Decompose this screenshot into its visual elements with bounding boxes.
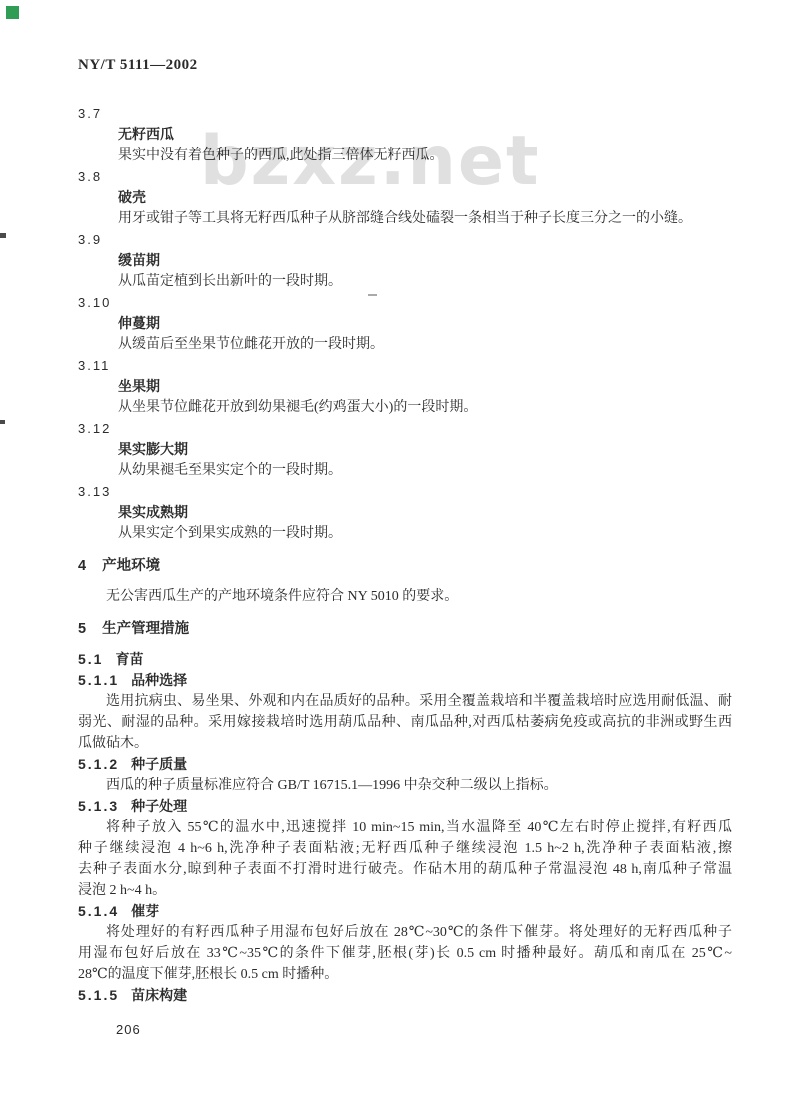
term-definition: 从坐果节位雌花开放到幼果褪毛(约鸡蛋大小)的一段时期。 [78, 397, 732, 418]
paragraph-line: 将处理好的有籽西瓜种子用湿布包好后放在 28℃~30℃的条件下催芽。将处理好的无… [78, 922, 732, 943]
heading-number: 5.1.3 [78, 798, 119, 814]
subsection-heading: 5.1育苗 [78, 649, 732, 670]
term-title: 果实成熟期 [78, 502, 732, 523]
heading-title: 产地环境 [102, 558, 160, 574]
page-number: 206 [116, 1022, 141, 1037]
document-body: 3.7无籽西瓜果实中没有着色种子的西瓜,此处指三倍体无籽西瓜。3.8破壳用牙或钳… [78, 103, 732, 1006]
paragraph: 将种子放入 55℃的温水中,迅速搅拌 10 min~15 min,当水温降至 4… [78, 817, 732, 901]
heading-title: 生产管理措施 [102, 621, 189, 637]
term-title: 果实膨大期 [78, 439, 732, 460]
heading-number: 5 [78, 621, 88, 637]
subsection-heading: 5.1.2种子质量 [78, 754, 732, 775]
heading-title: 种子质量 [131, 756, 187, 772]
clause-number: 3.11 [78, 355, 732, 376]
term-title: 无籽西瓜 [78, 124, 732, 145]
heading-title: 苗床构建 [131, 987, 187, 1003]
paragraph: 无公害西瓜生产的产地环境条件应符合 NY 5010 的要求。 [78, 586, 732, 607]
section-heading: 4产地环境 [78, 556, 732, 577]
term-definition: 从缓苗后至坐果节位雌花开放的一段时期。 [78, 334, 732, 355]
heading-number: 5.1.2 [78, 756, 119, 772]
paragraph-line: 用湿布包好后放在 33℃~35℃的条件下催芽,胚根(芽)长 0.5 cm 时播种… [78, 943, 732, 964]
heading-number: 5.1.1 [78, 672, 119, 688]
scan-artifact [0, 233, 6, 238]
clause-number: 3.7 [78, 103, 732, 124]
term-definition: 从幼果褪毛至果实定个的一段时期。 [78, 460, 732, 481]
paragraph-line: 去种子表面水分,晾到种子表面不打滑时进行破壳。作砧木用的葫瓜种子常温浸泡 48 … [78, 859, 732, 880]
subsection-heading: 5.1.1品种选择 [78, 670, 732, 691]
clause-number: 3.13 [78, 481, 732, 502]
term-title: 伸蔓期 [78, 313, 732, 334]
subsection-heading: 5.1.4催芽 [78, 901, 732, 922]
subsection-heading: 5.1.3种子处理 [78, 796, 732, 817]
paragraph-line: 选用抗病虫、易坐果、外观和内在品质好的品种。采用全覆盖栽培和半覆盖栽培时应选用耐… [78, 691, 732, 712]
term-definition: 从瓜苗定植到长出新叶的一段时期。 [78, 271, 732, 292]
heading-title: 品种选择 [131, 672, 187, 688]
paragraph-line: 西瓜的种子质量标准应符合 GB/T 16715.1—1996 中杂交种二级以上指… [78, 775, 732, 796]
paragraph-line: 瓜做砧木。 [78, 733, 732, 754]
subsection-heading: 5.1.5苗床构建 [78, 985, 732, 1006]
heading-number: 4 [78, 558, 88, 574]
term-definition: 用牙或钳子等工具将无籽西瓜种子从脐部缝合线处磕裂一条相当于种子长度三分之一的小缝… [78, 208, 732, 229]
clause-number: 3.10 [78, 292, 732, 313]
paragraph-line: 将种子放入 55℃的温水中,迅速搅拌 10 min~15 min,当水温降至 4… [78, 817, 732, 838]
term-definition: 果实中没有着色种子的西瓜,此处指三倍体无籽西瓜。 [78, 145, 732, 166]
paragraph: 将处理好的有籽西瓜种子用湿布包好后放在 28℃~30℃的条件下催芽。将处理好的无… [78, 922, 732, 985]
standard-number: NY/T 5111—2002 [78, 57, 732, 73]
clause-number: 3.8 [78, 166, 732, 187]
paragraph: 西瓜的种子质量标准应符合 GB/T 16715.1—1996 中杂交种二级以上指… [78, 775, 732, 796]
term-title: 坐果期 [78, 376, 732, 397]
heading-number: 5.1 [78, 651, 103, 667]
heading-title: 种子处理 [131, 798, 187, 814]
clause-number: 3.9 [78, 229, 732, 250]
corner-mark [6, 6, 19, 19]
term-title: 破壳 [78, 187, 732, 208]
paragraph: 选用抗病虫、易坐果、外观和内在品质好的品种。采用全覆盖栽培和半覆盖栽培时应选用耐… [78, 691, 732, 754]
heading-number: 5.1.5 [78, 987, 119, 1003]
document-content: NY/T 5111—2002 3.7无籽西瓜果实中没有着色种子的西瓜,此处指三倍… [78, 57, 732, 1006]
paragraph-line: 28℃的温度下催芽,胚根长 0.5 cm 时播种。 [78, 964, 732, 985]
page: bzxz.net NY/T 5111—2002 3.7无籽西瓜果实中没有着色种子… [0, 0, 800, 1110]
clause-number: 3.12 [78, 418, 732, 439]
paragraph-line: 种子继续浸泡 4 h~6 h,洗净种子表面粘液;无籽西瓜种子继续浸泡 1.5 h… [78, 838, 732, 859]
section-heading: 5生产管理措施 [78, 619, 732, 640]
scan-artifact [0, 420, 5, 424]
term-title: 缓苗期 [78, 250, 732, 271]
term-definition: 从果实定个到果实成熟的一段时期。 [78, 523, 732, 544]
heading-number: 5.1.4 [78, 903, 119, 919]
paragraph-line: 无公害西瓜生产的产地环境条件应符合 NY 5010 的要求。 [78, 586, 732, 607]
paragraph-line: 浸泡 2 h~4 h。 [78, 880, 732, 901]
heading-title: 育苗 [115, 651, 143, 667]
paragraph-line: 弱光、耐湿的品种。采用嫁接栽培时选用葫瓜品种、南瓜品种,对西瓜枯萎病免疫或高抗的… [78, 712, 732, 733]
heading-title: 催芽 [131, 903, 159, 919]
